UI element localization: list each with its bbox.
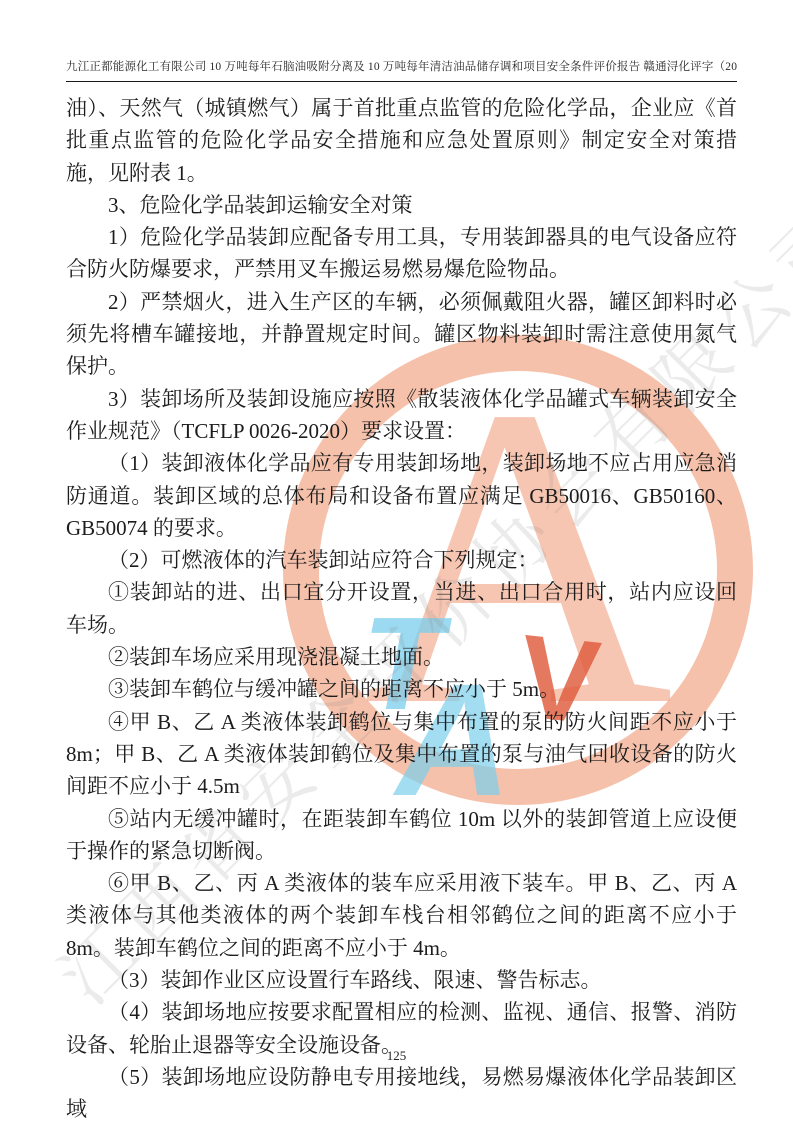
paragraph: ②装卸车场应采用现浇混凝土地面。 <box>66 641 737 673</box>
page-header: 九江正都能源化工有限公司 10 万吨每年石脑油吸附分离及 10 万吨每年清洁油品… <box>66 58 737 82</box>
paragraph: 油）、天然气（城镇燃气）属于首批重点监管的危险化学品，企业应《首批重点监管的危险… <box>66 92 737 189</box>
paragraph: ⑤站内无缓冲罐时，在距装卸车鹤位 10m 以外的装卸管道上应设便于操作的紧急切断… <box>66 803 737 868</box>
page-number: 125 <box>0 1048 793 1064</box>
paragraph: （2）可燃液体的汽车装卸站应符合下列规定： <box>66 544 737 576</box>
paragraph: ③装卸车鹤位与缓冲罐之间的距离不应小于 5m。 <box>66 673 737 705</box>
paragraph: （5）装卸场地应设防静电专用接地线，易燃易爆液体化学品装卸区域 <box>66 1061 737 1122</box>
document-page: A V T A 江西省安全评价协会有限公司 九江正都能源化工有限公司 10 万吨… <box>0 0 793 1122</box>
paragraph: ⑥甲 B、乙、丙 A 类液体的装车应采用液下装车。甲 B、乙、丙 A 类液体与其… <box>66 867 737 964</box>
paragraph: ④甲 B、乙 A 类液体装卸鹤位与集中布置的泵的防火间距不应小于 8m；甲 B、… <box>66 706 737 803</box>
paragraph: 3、危险化学品装卸运输安全对策 <box>66 189 737 221</box>
paragraph: 1）危险化学品装卸应配备专用工具，专用装卸器具的电气设备应符合防火防爆要求，严禁… <box>66 221 737 286</box>
paragraph: （3）装卸作业区应设置行车路线、限速、警告标志。 <box>66 964 737 996</box>
document-body: 油）、天然气（城镇燃气）属于首批重点监管的危险化学品，企业应《首批重点监管的危险… <box>66 92 737 1122</box>
paragraph: 2）严禁烟火，进入生产区的车辆，必须佩戴阻火器，罐区卸料时必须先将槽车罐接地，并… <box>66 286 737 383</box>
paragraph: 3）装卸场所及装卸设施应按照《散装液体化学品罐式车辆装卸安全作业规范》（TCFL… <box>66 383 737 448</box>
paragraph: （1）装卸液体化学品应有专用装卸场地，装卸场地不应占用应急消防通道。装卸区域的总… <box>66 447 737 544</box>
paragraph: ①装卸站的进、出口宜分开设置，当进、出口合用时，站内应设回车场。 <box>66 576 737 641</box>
